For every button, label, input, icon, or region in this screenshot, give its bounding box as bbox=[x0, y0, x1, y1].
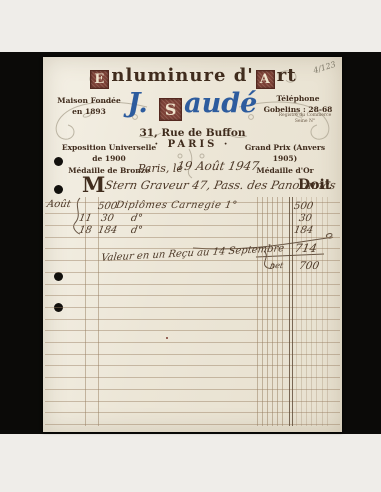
name-suffix: audé bbox=[184, 88, 257, 119]
punch-hole bbox=[54, 185, 63, 194]
letterhead-title: Enluminure d'Art bbox=[43, 65, 342, 89]
illuminated-initial-A: A bbox=[256, 70, 275, 89]
entry-amount: 500 bbox=[293, 201, 314, 212]
entry-day: 11 bbox=[78, 213, 93, 224]
doit-label: Doit bbox=[298, 177, 331, 193]
net-label: net bbox=[269, 261, 284, 270]
entry-qty: 30 bbox=[100, 213, 115, 224]
name-prefix: J. bbox=[128, 88, 148, 119]
title-text: rt bbox=[277, 65, 297, 86]
client-prefix: M bbox=[82, 172, 105, 197]
total-amount: 714 bbox=[294, 241, 318, 255]
ink-speck bbox=[166, 337, 168, 339]
title-text: nluminure bbox=[111, 65, 226, 86]
entry-desc: d° bbox=[130, 225, 143, 236]
entry-day: 18 bbox=[78, 225, 93, 236]
entry-qty: 184 bbox=[97, 225, 118, 236]
photo-background: 4/123 bbox=[0, 52, 381, 434]
handwritten-date: 19 Août 1947 bbox=[176, 159, 260, 173]
illuminated-initial-E: E bbox=[90, 70, 109, 89]
net-amount: 700 bbox=[298, 260, 320, 272]
entry-amount: 30 bbox=[298, 213, 313, 224]
title-text: d' bbox=[234, 65, 254, 86]
registry-stamp: Registre du Commerce Seine N° bbox=[274, 113, 336, 126]
invoice-paper: 4/123 bbox=[43, 57, 342, 432]
entry-amount: 184 bbox=[293, 225, 314, 236]
entry-month: Août bbox=[46, 199, 72, 210]
registry-line: Seine N° bbox=[274, 119, 336, 125]
illuminated-initial-S: S bbox=[159, 98, 182, 121]
street-address: 31, Rue de Buffon bbox=[43, 127, 342, 139]
entry-desc: Diplômes Carnegie 1° bbox=[115, 200, 238, 211]
entry-desc: d° bbox=[130, 213, 143, 224]
